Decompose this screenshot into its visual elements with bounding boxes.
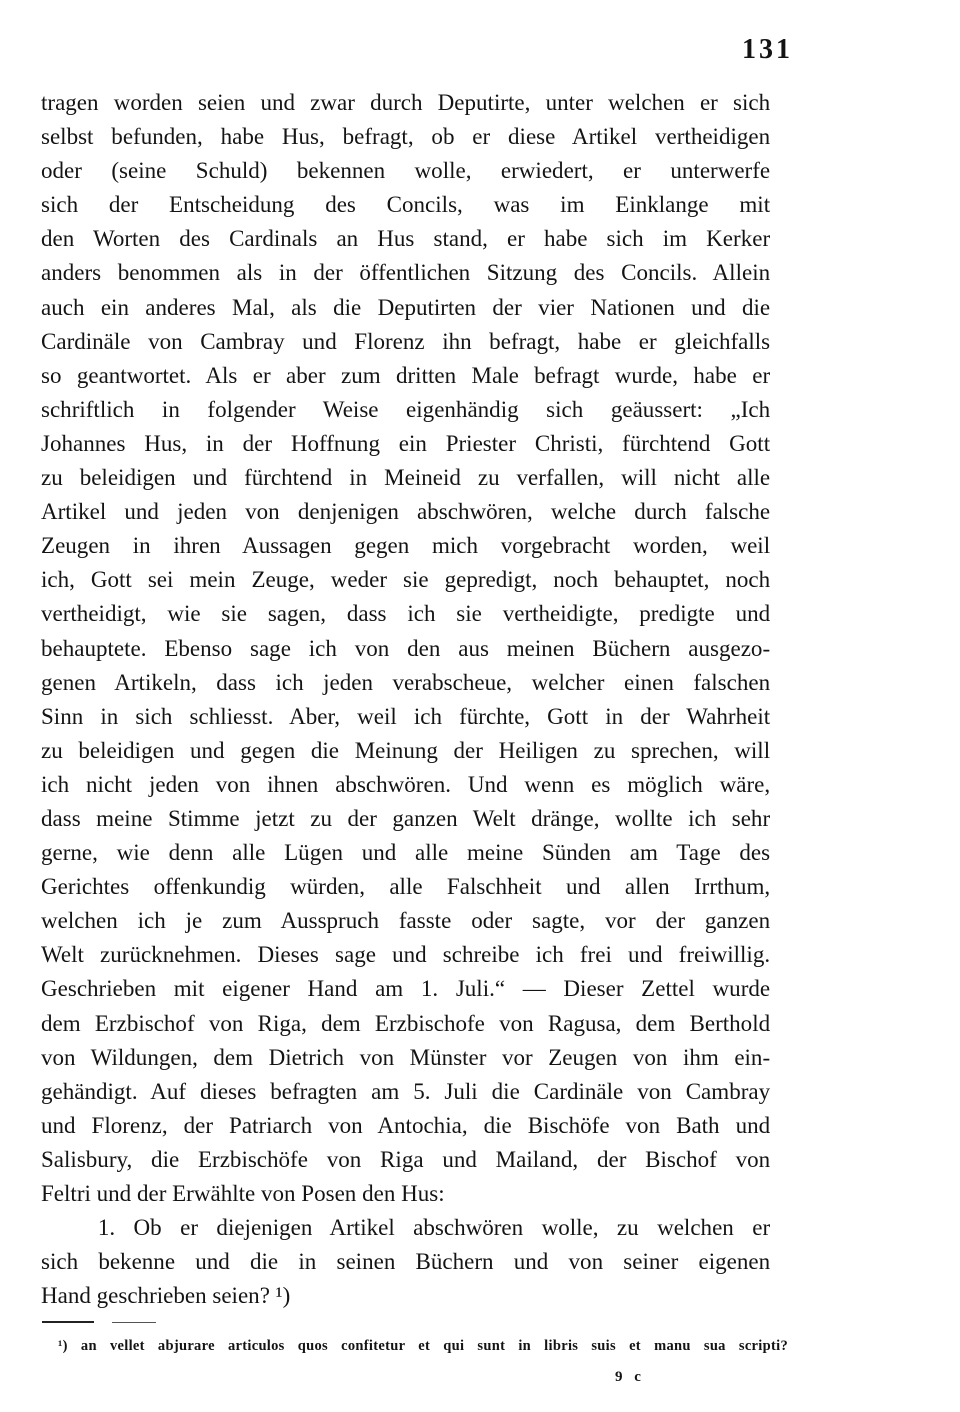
text-line: Johannes Hus, in der Hoffnung ein Priest… [41,427,770,461]
text-line: den Worten des Cardinals an Hus stand, e… [41,222,770,256]
text-line: welchen ich je zum Ausspruch fasste oder… [41,904,770,938]
text-line: Cardinäle von Cambray und Florenz ihn be… [41,325,770,359]
text-line: behauptete. Ebenso sage ich von den aus … [41,632,770,666]
footnote-divider [112,1322,156,1323]
text-line: gehändigt. Auf dieses befragten am 5. Ju… [41,1075,770,1109]
text-line: tragen worden seien und zwar durch Deput… [41,86,770,120]
text-line: sich der Entscheidung des Concils, was i… [41,188,770,222]
text-line: von Wildungen, dem Dietrich von Münster … [41,1041,770,1075]
text-line: genen Artikeln, dass ich jeden verabsche… [41,666,770,700]
numbered-question: 1. Ob er diejenigen Artikel abschwören w… [41,1211,770,1245]
text-line: und Florenz, der Patriarch von Antochia,… [41,1109,770,1143]
footnote: ¹) an vellet abjurare articulos quos con… [58,1336,788,1356]
page-number: 131 [742,36,793,64]
text-line: zu beleidigen und fürchtend in Meineid z… [41,461,770,495]
text-line: dem Erzbischof von Riga, dem Erzbischofe… [41,1007,770,1041]
text-line: anders benommen als in der öffentlichen … [41,256,770,290]
text-line: dass meine Stimme jetzt zu der ganzen We… [41,802,770,836]
text-line: selbst befunden, habe Hus, befragt, ob e… [41,120,770,154]
text-line: vertheidigt, wie sie sagen, dass ich sie… [41,597,770,631]
text-line: Geschrieben mit eigener Hand am 1. Juli.… [41,972,770,1006]
text-line: ich nicht jeden von ihnen abschwören. Un… [41,768,770,802]
text-line: Hand geschrieben seien? ¹) [41,1279,770,1313]
text-line: Welt zurücknehmen. Dieses sage und schre… [41,938,770,972]
text-line: sich bekenne und die in seinen Büchern u… [41,1245,770,1279]
signature-mark: 9 c [615,1369,645,1386]
text-line: Feltri und der Erwählte von Posen den Hu… [41,1177,770,1211]
text-line: so geantwortet. Als er aber zum dritten … [41,359,770,393]
text-line: gerne, wie denn alle Lügen und alle mein… [41,836,770,870]
text-line: schriftlich in folgender Weise eigenhänd… [41,393,770,427]
text-line: Artikel und jeden von denjenigen abschwö… [41,495,770,529]
body-text: tragen worden seien und zwar durch Deput… [41,86,785,1313]
text-line: ich, Gott sei mein Zeuge, weder sie gepr… [41,563,770,597]
text-line: zu beleidigen und gegen die Meinung der … [41,734,770,768]
footnote-divider [42,1321,94,1323]
text-line: Sinn in sich schliesst. Aber, weil ich f… [41,700,770,734]
text-line: Gerichtes offenkundig würden, alle Falsc… [41,870,770,904]
text-line: Salisbury, die Erzbischöfe von Riga und … [41,1143,770,1177]
text-line: Zeugen in ihren Aussagen gegen mich vorg… [41,529,770,563]
text-line: oder (seine Schuld) bekennen wolle, erwi… [41,154,770,188]
text-line: auch ein anderes Mal, als die Deputirten… [41,291,770,325]
